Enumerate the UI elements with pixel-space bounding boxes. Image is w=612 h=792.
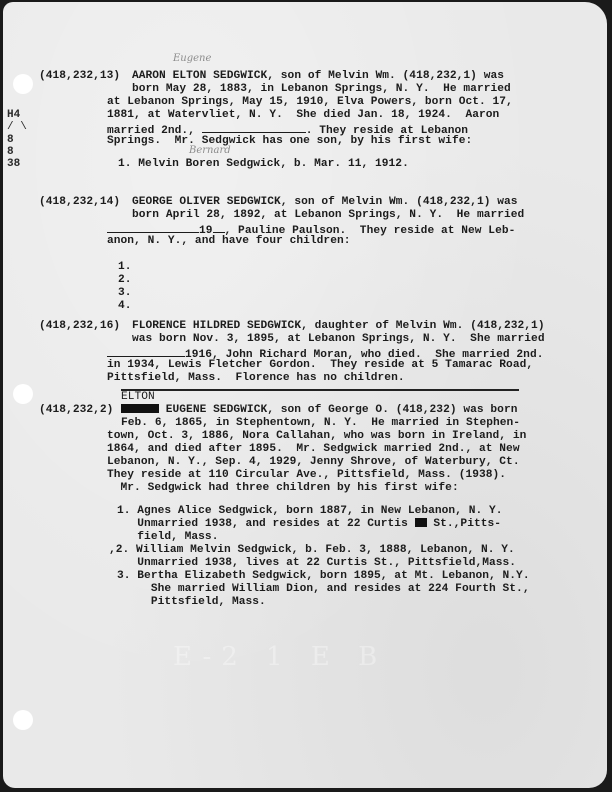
margin-note-slash: / \ <box>7 121 27 134</box>
entry-13-line-6: Springs. Mr. Sedgwick has one son, by hi… <box>107 135 472 148</box>
entry-13-line-2: born May 28, 1883, in Lebanon Springs, N… <box>132 83 511 96</box>
entry-14-child-2: 2. <box>118 274 132 287</box>
entry-14-line-2: born April 28, 1892, at Lebanon Springs,… <box>132 209 524 222</box>
entry-14-id: (418,232,14) <box>39 196 120 209</box>
entry-14-line-1: GEORGE OLIVER SEDGWICK, son of Melvin Wm… <box>132 196 518 209</box>
entry-13-line-1: AARON ELTON SEDGWICK, son of Melvin Wm. … <box>132 70 504 83</box>
section-divider <box>121 389 519 391</box>
entry-2-child-3-line-1: 3. Bertha Elizabeth Sedgwick, born 1895,… <box>117 570 530 583</box>
entry-13-id: (418,232,13) <box>39 70 120 83</box>
struck-out-chars <box>415 518 427 527</box>
entry-14-line-4: anon, N. Y., and have four children: <box>107 235 351 248</box>
entry-2-id: (418,232,2) <box>39 404 113 417</box>
child-1-residence-cont: St.,Pitts- <box>427 518 501 530</box>
entry-13-child-1: 1. Melvin Boren Sedgwick, b. Mar. 11, 19… <box>118 158 409 171</box>
entry-14-child-1: 1. <box>118 261 132 274</box>
entry-2-line-5: Lebanon, N. Y., Sep. 4, 1929, Jenny Shro… <box>107 456 520 469</box>
entry-2-line-2: Feb. 6, 1865, in Stephentown, N. Y. He m… <box>121 417 520 430</box>
entry-13-line-4: 1881, at Watervliet, N. Y. She died Jan.… <box>107 109 499 122</box>
entry-16-line-1: FLORENCE HILDRED SEDGWICK, daughter of M… <box>132 320 545 333</box>
entry-14-child-3: 3. <box>118 287 132 300</box>
entry-16-id: (418,232,16) <box>39 320 120 333</box>
binder-hole-bottom <box>13 710 33 730</box>
handwritten-bernard: Bernard <box>189 145 231 156</box>
entry-2-child-1-line-1: 1. Agnes Alice Sedgwick, born 1887, in N… <box>117 505 503 518</box>
entry-16-line-5: Pittsfield, Mass. Florence has no childr… <box>107 372 405 385</box>
entry-2-line-3: town, Oct. 3, 1886, Nora Callahan, who w… <box>107 430 526 443</box>
binder-hole-middle <box>13 384 33 404</box>
entry-2-child-3-line-2: She married William Dion, and resides at… <box>117 583 530 596</box>
entry-2-child-1-line-3: field, Mass. <box>117 531 218 544</box>
child-1-residence: Unmarried 1938, and resides at 22 Curtis <box>117 518 415 530</box>
entry-16-line-2: was born Nov. 3, 1895, at Lebanon Spring… <box>132 333 545 346</box>
margin-note-38: 38 <box>7 158 20 171</box>
margin-note-h4: H4 <box>7 109 20 122</box>
entry-2-line-1: EUGENE SEDGWICK, son of George O. (418,2… <box>121 404 517 417</box>
handwritten-eugene: Eugene <box>173 53 211 64</box>
entry-13-line-3: at Lebanon Springs, May 15, 1910, Elva P… <box>107 96 513 109</box>
margin-note-8b: 8 <box>7 146 14 159</box>
entry-14-child-4: 4. <box>118 300 132 313</box>
entry-2-name: EUGENE SEDGWICK, son of George O. (418,2… <box>166 404 518 416</box>
binder-hole-top <box>13 74 33 94</box>
entry-2-child-1-line-2: Unmarried 1938, and resides at 22 Curtis… <box>117 518 501 531</box>
document-page: E-2 1 E B H4 / \ 8 8 38 Eugene (418,232,… <box>3 2 607 788</box>
blank-marriage-date <box>107 346 185 357</box>
struck-out-name <box>121 404 159 413</box>
faint-watermark: E-2 1 E B <box>173 642 387 672</box>
entry-2-line-6: They reside at 110 Circular Ave., Pittsf… <box>107 469 506 482</box>
blank-year-digits <box>213 222 225 233</box>
blank-marriage-date <box>107 222 199 233</box>
entry-2-line-4: 1864, and died after 1895. Mr. Sedgwick … <box>107 443 520 456</box>
entry-16-line-4: in 1934, Lewis Fletcher Gordon. They res… <box>107 359 533 372</box>
entry-2-line-7: Mr. Sedgwick had three children by his f… <box>107 482 459 495</box>
entry-2-child-2-line-1: ,2. William Melvin Sedgwick, b. Feb. 3, … <box>109 544 515 557</box>
margin-note-8a: 8 <box>7 134 14 147</box>
entry-2-child-3-line-3: Pittsfield, Mass. <box>117 596 266 609</box>
blank-spouse-name <box>202 122 306 133</box>
entry-2-child-2-line-2: Unmarried 1938, lives at 22 Curtis St., … <box>117 557 516 570</box>
typed-correction-elton: ELTON <box>121 391 155 404</box>
